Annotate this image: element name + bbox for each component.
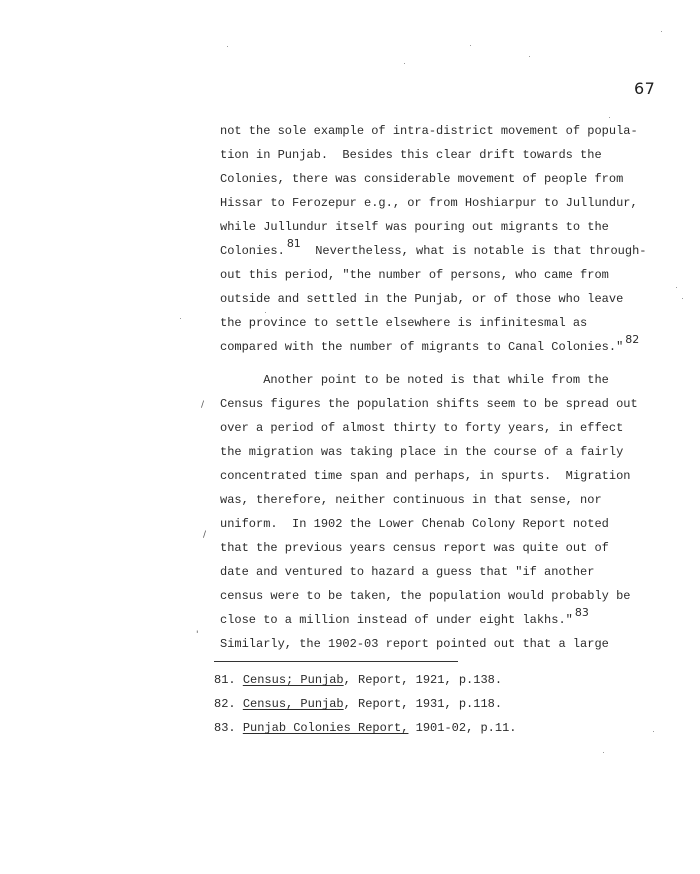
footnote-number: 83. xyxy=(214,721,236,735)
footnote-number: 81. xyxy=(214,673,236,687)
text-line-with-ref: close to a million instead of under eigh… xyxy=(220,613,589,627)
scan-speck xyxy=(180,318,181,319)
text-line-with-ref: Colonies.81 Nevertheless, what is notabl… xyxy=(220,244,646,258)
text-line: was, therefore, neither continuous in th… xyxy=(220,493,602,507)
scan-speck xyxy=(603,752,604,753)
margin-mark: / xyxy=(201,401,204,410)
text-line: the migration was taking place in the co… xyxy=(220,445,623,459)
footnote-title: Census, Punjab xyxy=(243,697,344,711)
text-line: the province to settle elsewhere is infi… xyxy=(220,316,587,330)
footnote-number: 82. xyxy=(214,697,236,711)
footnote-citation: , Report, 1921, p.138. xyxy=(344,673,502,687)
scan-speck xyxy=(227,46,228,47)
text-line-with-ref: compared with the number of migrants to … xyxy=(220,340,639,354)
text-line: Similarly, the 1902-03 report pointed ou… xyxy=(220,637,609,651)
margin-mark: / xyxy=(203,531,206,540)
footnote-81: 81. Census; Punjab, Report, 1921, p.138. xyxy=(214,673,502,687)
text-line: over a period of almost thirty to forty … xyxy=(220,421,623,435)
scan-speck xyxy=(529,56,530,57)
text-line: date and ventured to hazard a guess that… xyxy=(220,565,594,579)
scan-speck xyxy=(404,63,405,64)
text-line: Another point to be noted is that while … xyxy=(220,373,609,387)
text-segment: compared with the number of migrants to … xyxy=(220,340,623,354)
footnote-citation: , Report, 1931, p.118. xyxy=(344,697,502,711)
text-line: uniform. In 1902 the Lower Chenab Colony… xyxy=(220,517,609,531)
text-line: not the sole example of intra-district m… xyxy=(220,124,638,138)
text-line: out this period, "the number of persons,… xyxy=(220,268,609,282)
text-segment: Nevertheless, what is notable is that th… xyxy=(315,244,646,258)
scan-speck xyxy=(682,298,683,299)
footnote-ref-83[interactable]: 83 xyxy=(575,606,589,619)
text-line: while Jullundur itself was pouring out m… xyxy=(220,220,609,234)
text-line: that the previous years census report wa… xyxy=(220,541,609,555)
text-line: tion in Punjab. Besides this clear drift… xyxy=(220,148,602,162)
footnote-ref-81[interactable]: 81 xyxy=(287,237,301,250)
footnote-title: Punjab Colonies Report, xyxy=(243,721,409,735)
scan-speck xyxy=(470,45,471,46)
scan-speck xyxy=(265,312,266,313)
footnote-title: Census; Punjab xyxy=(243,673,344,687)
footnote-82: 82. Census, Punjab, Report, 1931, p.118. xyxy=(214,697,502,711)
footnote-ref-82[interactable]: 82 xyxy=(625,333,639,346)
scan-speck xyxy=(609,117,610,118)
text-line: Hissar to Ferozepur e.g., or from Hoshia… xyxy=(220,196,638,210)
scan-speck xyxy=(653,731,654,732)
footnote-citation: 1901-02, p.11. xyxy=(408,721,516,735)
text-line: Colonies, there was considerable movemen… xyxy=(220,172,623,186)
text-line: census were to be taken, the population … xyxy=(220,589,630,603)
page-number: 67 xyxy=(634,79,655,98)
text-segment: close to a million instead of under eigh… xyxy=(220,613,573,627)
text-line: outside and settled in the Punjab, or of… xyxy=(220,292,623,306)
margin-mark: ' xyxy=(196,631,198,640)
footnote-83: 83. Punjab Colonies Report, 1901-02, p.1… xyxy=(214,721,516,735)
scan-speck xyxy=(661,31,662,32)
footnote-separator xyxy=(214,661,458,662)
scan-speck xyxy=(676,287,677,288)
text-line: Census figures the population shifts see… xyxy=(220,397,638,411)
text-segment: Colonies. xyxy=(220,244,285,258)
text-line: concentrated time span and perhaps, in s… xyxy=(220,469,630,483)
